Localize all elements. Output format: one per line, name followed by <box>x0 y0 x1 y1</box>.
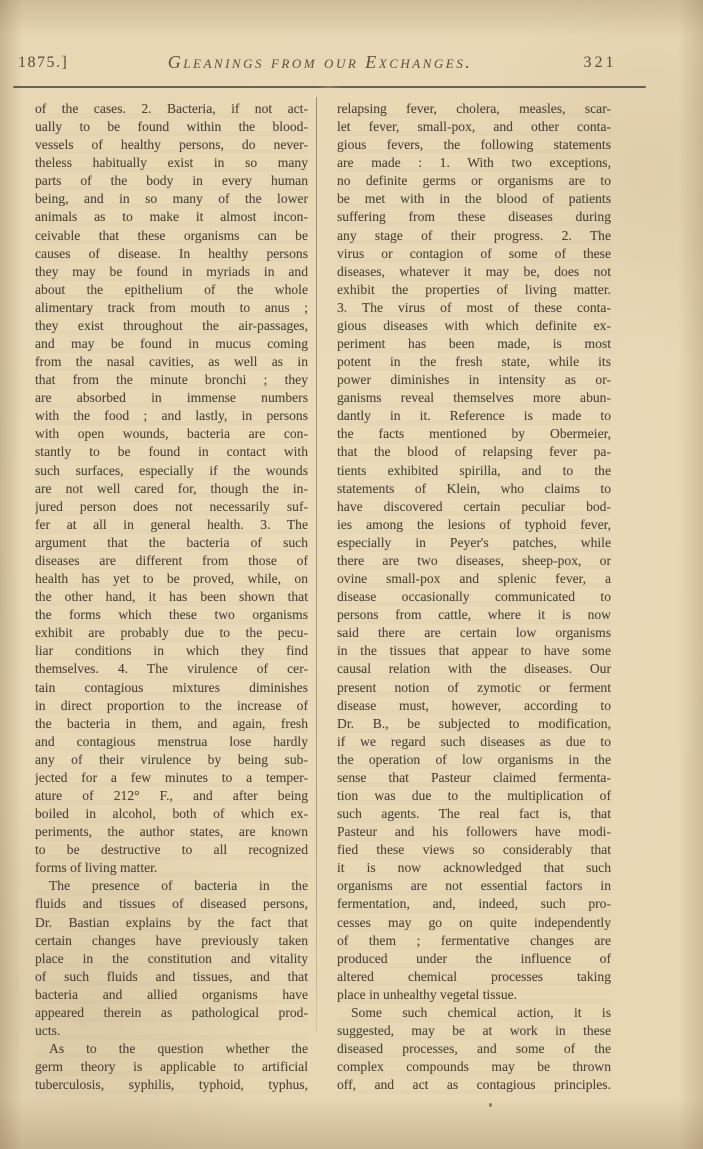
text-line: the forms which these two organisms <box>35 606 308 624</box>
text-line: suggested, may be at work in these <box>337 1022 611 1040</box>
text-line: any stage of their progress. 2. The <box>337 227 611 245</box>
text-line: ature of 212° F., and after being <box>35 787 308 805</box>
text-line: are absorbed in immense numbers <box>35 389 308 407</box>
text-line: diseases, whatever it may be, does not <box>337 263 611 281</box>
text-line: altered chemical processes taking <box>337 968 611 986</box>
text-line: jured person does not necessarily suf- <box>35 498 308 516</box>
text-line: said there are certain low organisms <box>337 624 611 642</box>
text-line: tion was due to the multiplication of <box>337 787 611 805</box>
text-line: are not well cared for, though the in- <box>35 480 308 498</box>
text-line: fied these views so considerably that <box>337 841 611 859</box>
text-line: diseases are different from those of <box>35 552 308 570</box>
left-text-column: of the cases. 2. Bacteria, if not act-ua… <box>35 100 308 1094</box>
text-line: let fever, small-pox, and other conta- <box>337 118 611 136</box>
text-line: jected for a few minutes to a temper- <box>35 769 308 787</box>
text-line: to be destructive to all recognized <box>35 841 308 859</box>
text-line: they exist throughout the air-passages, <box>35 317 308 335</box>
text-line: The presence of bacteria in the <box>35 877 308 895</box>
header-year: 1875.] <box>18 54 68 72</box>
text-line: exhibit are probably due to the pecu- <box>35 624 308 642</box>
text-line: statements of Klein, who claims to <box>337 480 611 498</box>
text-line: Pasteur and his followers have modi- <box>337 823 611 841</box>
text-line: forms of living matter. <box>35 859 308 877</box>
text-line: ucts. <box>35 1022 308 1040</box>
text-line: germ theory is applicable to artificial <box>35 1058 308 1076</box>
text-line: place in the constitution and vitality <box>35 950 308 968</box>
text-line: fluids and tissues of diseased persons, <box>35 895 308 913</box>
text-line: appeared therein as pathological prod- <box>35 1004 308 1022</box>
text-line: especially in Peyer's patches, while <box>337 534 611 552</box>
text-line: it is now acknowledged that such <box>337 859 611 877</box>
text-line: ies among the lesions of typhoid fever, <box>337 516 611 534</box>
text-line: vessels of healthy persons, do never- <box>35 136 308 154</box>
text-line: liar conditions in which they find <box>35 642 308 660</box>
text-line: from the nasal cavities, as well as in <box>35 353 308 371</box>
text-line: disease must, however, according to <box>337 697 611 715</box>
text-line: are made : 1. With two exceptions, <box>337 154 611 172</box>
text-line: stantly to be found in contact with <box>35 443 308 461</box>
text-line: ually to be found within the blood- <box>35 118 308 136</box>
text-line: gious fevers, the following statements <box>337 136 611 154</box>
text-line: health has yet to be proved, while, on <box>35 570 308 588</box>
text-line: organisms are not essential factors in <box>337 877 611 895</box>
text-line: tuberculosis, syphilis, typhoid, typhus, <box>35 1076 308 1094</box>
page-number: 321 <box>572 54 628 72</box>
text-line: of such fluids and tissues, and that <box>35 968 308 986</box>
text-line: relapsing fever, cholera, measles, scar- <box>337 100 611 118</box>
text-line: in the tissues that appear to have some <box>337 642 611 660</box>
text-line: such surfaces, especially if the wounds <box>35 462 308 480</box>
text-line: such agents. The real fact is, that <box>337 805 611 823</box>
text-line: certain changes have previously taken <box>35 932 308 950</box>
text-line: themselves. 4. The virulence of cer- <box>35 660 308 678</box>
text-line: animals as to make it almost incon- <box>35 208 308 226</box>
text-line: of the cases. 2. Bacteria, if not act- <box>35 100 308 118</box>
text-line: disease occasionally communicated to <box>337 588 611 606</box>
text-line: and contagious menstrua lose hardly <box>35 733 308 751</box>
text-line: fermentation, and, indeed, such pro- <box>337 895 611 913</box>
text-line: ceivable that these organisms can be <box>35 227 308 245</box>
text-line: parts of the body in every human <box>35 172 308 190</box>
text-line: about the epithelium of the whole <box>35 281 308 299</box>
text-line: boiled in alcohol, both of which ex- <box>35 805 308 823</box>
text-line: that from the minute bronchi ; they <box>35 371 308 389</box>
text-line: sense that Pasteur claimed fermenta- <box>337 769 611 787</box>
text-line: Dr. Bastian explains by the fact that <box>35 914 308 932</box>
text-line: cesses may go on quite independently <box>337 914 611 932</box>
text-line: theless habitually exist in so many <box>35 154 308 172</box>
text-line: fer at all in general health. 3. The <box>35 516 308 534</box>
text-line: present notion of zymotic or ferment <box>337 679 611 697</box>
text-line: argument that the bacteria of such <box>35 534 308 552</box>
text-line: with open wounds, bacteria are con- <box>35 425 308 443</box>
text-line: they may be found in myriads in and <box>35 263 308 281</box>
text-line: periment has been made, is most <box>337 335 611 353</box>
right-text-column: relapsing fever, cholera, measles, scar-… <box>337 100 611 1094</box>
text-line: place in unhealthy vegetal tissue. <box>337 986 611 1004</box>
text-line: the facts mentioned by Obermeier, <box>337 425 611 443</box>
text-line: the operation of low organisms in the <box>337 751 611 769</box>
text-line: the bacteria in them, and again, fresh <box>35 715 308 733</box>
text-line: complex compounds may be thrown <box>337 1058 611 1076</box>
text-line: bacteria and allied organisms have <box>35 986 308 1004</box>
text-line: Dr. B., be subjected to modification, <box>337 715 611 733</box>
text-line: in direct proportion to the increase of <box>35 697 308 715</box>
text-line: be met with in the blood of patients <box>337 190 611 208</box>
text-line: and may be found in mucus coming <box>35 335 308 353</box>
text-line: 3. The virus of most of these conta- <box>337 299 611 317</box>
text-line: tain contagious mixtures diminishes <box>35 679 308 697</box>
text-line: periments, the author states, are known <box>35 823 308 841</box>
text-line: the other hand, it has been shown that <box>35 588 308 606</box>
text-line: being, and in so many of the lower <box>35 190 308 208</box>
text-line: with the food ; and lastly, in persons <box>35 407 308 425</box>
text-line: exhibit the properties of living matter. <box>337 281 611 299</box>
text-line: causes of disease. In healthy persons <box>35 245 308 263</box>
page-title: Gleanings from our Exchanges. <box>120 52 520 73</box>
text-line: produced under the influence of <box>337 950 611 968</box>
text-line: no definite germs or organisms are to <box>337 172 611 190</box>
text-line: power diminishes in intensity as or- <box>337 371 611 389</box>
text-line: have discovered certain peculiar bod- <box>337 498 611 516</box>
column-divider-rule <box>316 97 317 1032</box>
text-line: As to the question whether the <box>35 1040 308 1058</box>
text-line: persons from cattle, where it is now <box>337 606 611 624</box>
scanned-journal-page: 1875.] Gleanings from our Exchanges. 321… <box>0 0 703 1149</box>
text-line: potent in the fresh state, while its <box>337 353 611 371</box>
text-line: tients exhibited spirilla, and to the <box>337 462 611 480</box>
text-line: there are two diseases, sheep-pox, or <box>337 552 611 570</box>
scan-speck <box>489 1103 492 1107</box>
text-line: ovine small-pox and splenic fever, a <box>337 570 611 588</box>
text-line: dantly in it. Reference is made to <box>337 407 611 425</box>
header-rule <box>13 86 646 88</box>
text-line: of them ; fermentative changes are <box>337 932 611 950</box>
text-line: causal relation with the diseases. Our <box>337 660 611 678</box>
text-line: Some such chemical action, it is <box>337 1004 611 1022</box>
text-line: diseased processes, and some of the <box>337 1040 611 1058</box>
text-line: suffering from these diseases during <box>337 208 611 226</box>
text-line: ganisms reveal themselves more abun- <box>337 389 611 407</box>
text-line: off, and act as contagious principles. <box>337 1076 611 1094</box>
text-line: alimentary track from mouth to anus ; <box>35 299 308 317</box>
text-line: virus or contagion of some of these <box>337 245 611 263</box>
text-line: any of their virulence by being sub- <box>35 751 308 769</box>
text-line: gious diseases with which definite ex- <box>337 317 611 335</box>
text-line: that the blood of relapsing fever pa- <box>337 443 611 461</box>
text-line: if we regard such diseases as due to <box>337 733 611 751</box>
